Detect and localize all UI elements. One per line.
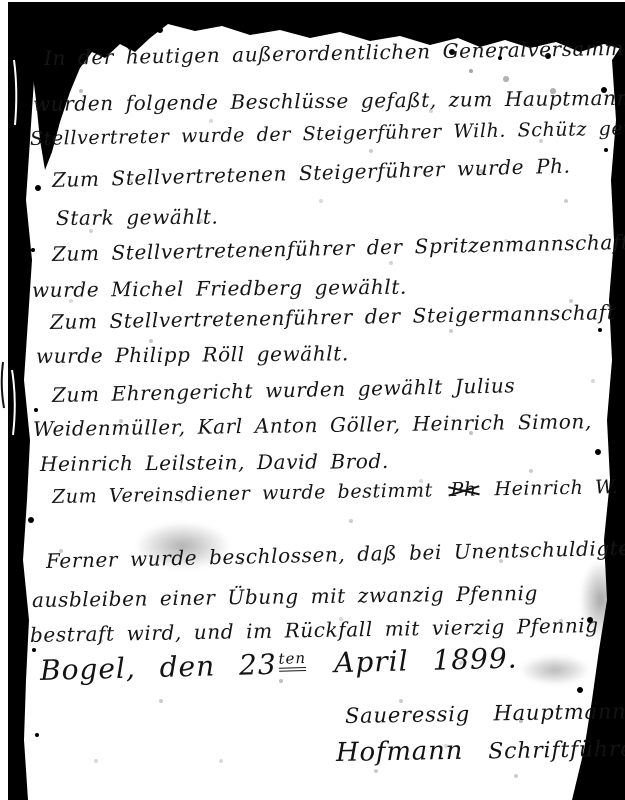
struck-out-text: Ph [450, 479, 477, 501]
manuscript-text: Zum Vereinsdiener wurde bestimmt [52, 479, 433, 508]
manuscript-line: Weidenmüller, Karl Anton Göller, Heinric… [33, 409, 592, 441]
scan-border-left [8, 2, 34, 800]
manuscript-line: Stark gewählt. [56, 205, 219, 230]
signature-line: Hofmann Schriftführer. [336, 733, 625, 768]
scanned-document-page: In der heutigen außerordentlichen Genera… [0, 0, 625, 800]
manuscript-line: Zum Stellvertretenenführer der Spritzenm… [52, 230, 625, 266]
manuscript-line: wurde Michel Friedberg gewählt. [32, 275, 407, 302]
signature-name: Hofmann [336, 736, 464, 768]
date-ordinal: ten [278, 649, 306, 672]
manuscript-line: wurden folgende Beschlüsse gefaßt, zum H… [33, 86, 625, 116]
manuscript-line: wurde Philipp Röll gewählt. [36, 341, 349, 368]
manuscript-line: Heinrich Leilstein, David Brod. [40, 449, 389, 476]
signature-title: Schriftführer. [488, 737, 625, 765]
date-month-year: April 1899. [334, 642, 518, 680]
scan-noise-speckles [0, 0, 2, 2]
date-line: Bogel, den 23ten April 1899. [40, 642, 518, 687]
manuscript-line: Zum Ehrengericht wurden gewählt Julius [52, 373, 516, 407]
date-place-day: Bogel, den 23 [40, 648, 278, 687]
signature-name: Saueressig [345, 702, 470, 728]
signature-line: Saueressig Hauptmann. [345, 699, 625, 728]
signature-title: Hauptmann. [493, 699, 625, 725]
manuscript-line: In der heutigen außerordentlichen Genera… [44, 35, 625, 70]
manuscript-line: Zum Stellvertretenenführer der Steigerma… [50, 300, 616, 334]
manuscript-line: Zum Stellvertretenen Steigerführer wurde… [52, 154, 571, 192]
manuscript-line: Ferner wurde beschlossen, daß bei Unents… [46, 535, 625, 573]
manuscript-line: ausbleiben einer Übung mit zwanzig Pfenn… [32, 581, 538, 612]
manuscript-line: Stellvertreter wurde der Steigerführer W… [30, 117, 625, 150]
ink-smudge [520, 655, 590, 685]
manuscript-line: Zum Vereinsdiener wurde bestimmt Ph Hein… [52, 475, 625, 508]
manuscript-text: Heinrich W. Röll. [494, 475, 625, 500]
